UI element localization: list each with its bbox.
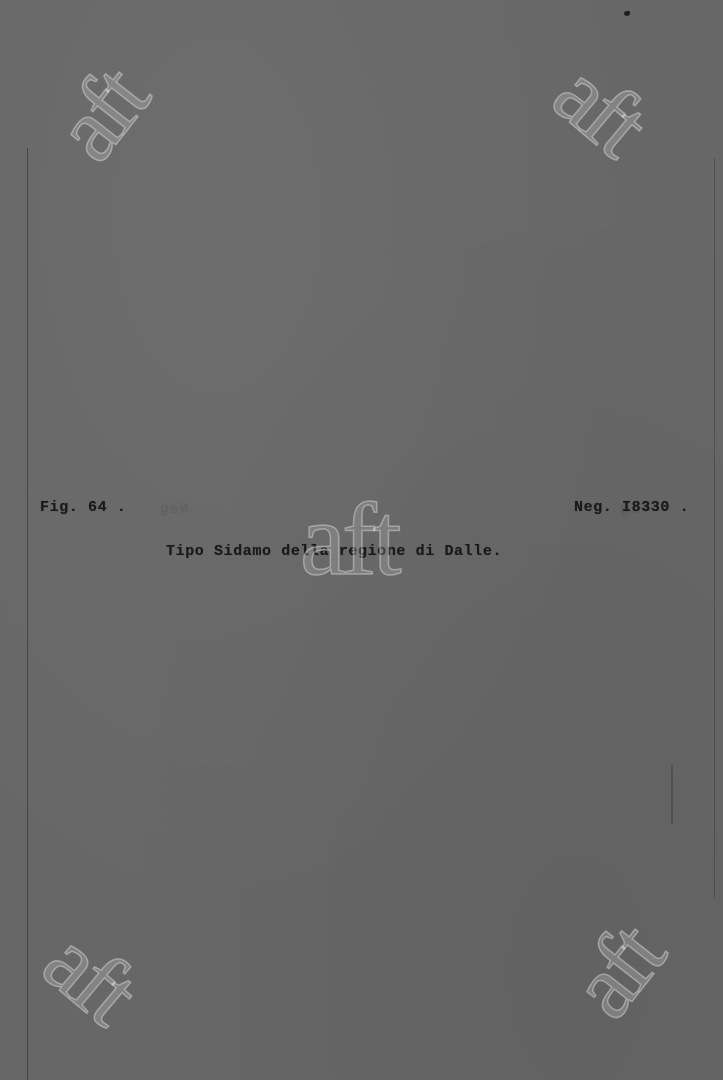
watermark-top-right: aft bbox=[538, 45, 662, 170]
dust-speck bbox=[624, 11, 630, 16]
bleed-through-text-left: Neg. bbox=[150, 501, 188, 518]
watermark-bottom-right: aft bbox=[554, 909, 679, 1033]
watermark-top-left: aft bbox=[38, 52, 163, 176]
caption-card: aft aft aft aft Neg. Fig. Fig. 64 . Neg.… bbox=[0, 0, 723, 1080]
negative-number: Neg. I8330 . bbox=[574, 499, 689, 516]
watermark-center: aft bbox=[300, 488, 398, 592]
figure-number: Fig. 64 . bbox=[40, 499, 126, 516]
card-left-edge-line bbox=[27, 148, 28, 1080]
card-right-edge-line bbox=[714, 158, 715, 898]
scratch-mark bbox=[671, 765, 673, 825]
watermark-bottom-left: aft bbox=[28, 913, 152, 1038]
